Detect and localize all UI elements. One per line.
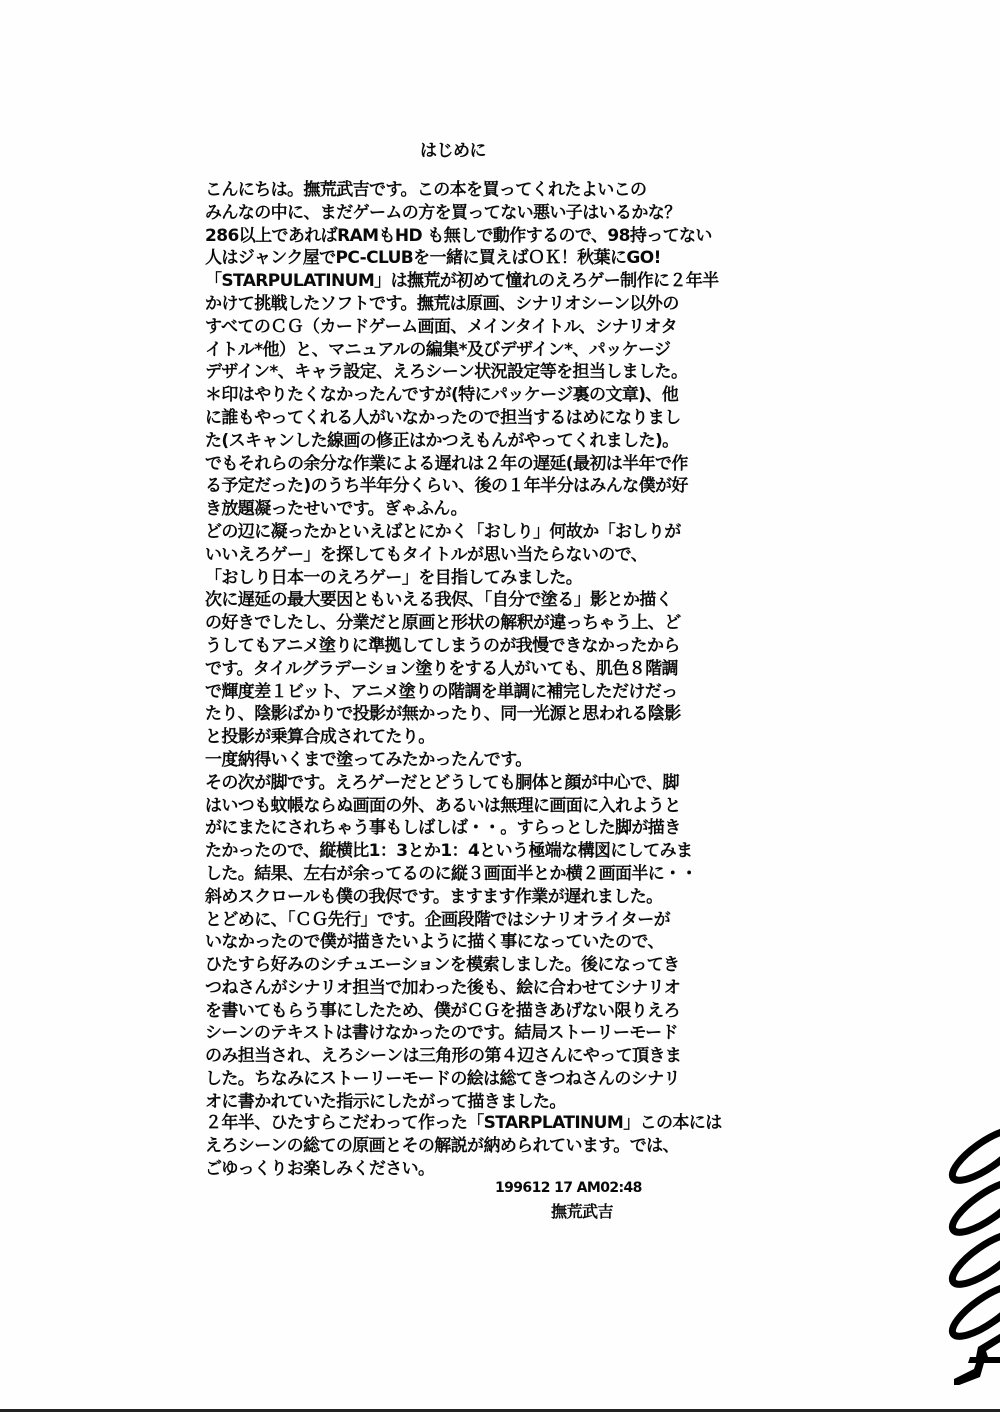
- body-line: とどめに、「ＣＧ先行」です。企画段階ではシナリオライターが: [205, 909, 725, 932]
- page-number-0004-icon: [948, 1125, 1000, 1385]
- body-line: 斜めスクロールも僕の我侭です。ますます作業が遅れました。: [205, 886, 725, 909]
- body-line: を書いてもらう事にしたため、僕がＣＧを描きあげない限りえろ: [205, 1000, 725, 1023]
- body-line: 次に遅延の最大要因ともいえる我侭、「自分で塗る」影とか描く: [205, 589, 725, 612]
- body-line: シーンのテキストは書けなかったのです。結局ストーリーモード: [205, 1022, 725, 1045]
- body-line: みんなの中に、まだゲームの方を買ってない悪い子はいるかな？: [205, 202, 725, 225]
- body-line: つねさんがシナリオ担当で加わった後も、絵に合わせてシナリオ: [205, 977, 725, 1000]
- body-line: た(スキャンした線画の修正はかつえもんがやってくれました)。: [205, 430, 725, 453]
- date-stamp: 199612 17 AM02:48: [495, 1180, 642, 1196]
- body-line: はいつも蚊帳ならぬ画面の外、あるいは無理に画面に入れようと: [205, 795, 725, 818]
- body-line: と投影が乗算合成されてたり。: [205, 726, 725, 749]
- author-signature: 撫荒武吉: [551, 1199, 613, 1222]
- body-line: る予定だった)のうち半年分くらい、後の１年半分はみんな僕が好: [205, 475, 725, 498]
- body-line: で輝度差１ビット、アニメ塗りの階調を単調に補完しただけだっ: [205, 681, 725, 704]
- body-line: いなかったので僕が描きたいように描く事になっていたので、: [205, 931, 725, 954]
- body-line: 286以上であればRAMもHD も無しで動作するので、98持ってない: [205, 225, 725, 248]
- body-line: の好きでしたし、分業だと原画と形状の解釈が違っちゃう上、ど: [205, 612, 725, 635]
- body-line: 人はジャンク屋でPC-CLUBを一緒に買えばＯＫ！秋葉にGO!: [205, 247, 725, 270]
- body-line: オに書かれていた指示にしたがって描きました。: [205, 1091, 725, 1114]
- body-line: がにまたにされちゃう事もしばしば・・。すらっとした脚が描き: [205, 817, 725, 840]
- closing-text: ２年半、ひたすらこだわって作った「STARPLATINUM」この本には えろシー…: [205, 1112, 725, 1180]
- closing-line: ごゆっくりお楽しみください。: [205, 1158, 725, 1181]
- body-line: でもそれらの余分な作業による遅れは２年の遅延(最初は半年で作: [205, 453, 725, 476]
- body-line: たかったので、縦横比1：3とか1：4という極端な構図にしてみま: [205, 840, 725, 863]
- body-line: いいえろゲー」を探してもタイトルが思い当たらないので、: [205, 544, 725, 567]
- body-line: した。ちなみにストーリーモードの絵は総てきつねさんのシナリ: [205, 1068, 725, 1091]
- closing-line: ２年半、ひたすらこだわって作った「STARPLATINUM」この本には: [205, 1112, 725, 1135]
- page-title: はじめに: [400, 136, 506, 161]
- body-line: こんにちは。撫荒武吉です。この本を買ってくれたよいこの: [205, 179, 725, 202]
- page-number-graphic: [948, 1125, 1000, 1385]
- body-line: 一度納得いくまで塗ってみたかったんです。: [205, 749, 725, 772]
- body-line: した。結果、左右が余ってるのに縦３画面半とか横２画面半に・・: [205, 863, 725, 886]
- body-line: たり、陰影ばかりで投影が無かったり、同一光源と思われる陰影: [205, 703, 725, 726]
- body-line: のみ担当され、えろシーンは三角形の第４辺さんにやって頂きま: [205, 1045, 725, 1068]
- body-text: こんにちは。撫荒武吉です。この本を買ってくれたよいこの みんなの中に、まだゲーム…: [205, 179, 725, 1114]
- body-line: かけて挑戦したソフトです。撫荒は原画、シナリオシーン以外の: [205, 293, 725, 316]
- body-line: うしてもアニメ塗りに準拠してしまうのが我慢できなかったから: [205, 635, 725, 658]
- document-page: はじめに こんにちは。撫荒武吉です。この本を買ってくれたよいこの みんなの中に、…: [0, 0, 1000, 1412]
- body-line: き放題凝ったせいです。ぎゃふん。: [205, 498, 725, 521]
- closing-line: えろシーンの総ての原画とその解説が納められています。では、: [205, 1135, 725, 1158]
- body-line: ひたすら好みのシチュエーションを模索しました。後になってき: [205, 954, 725, 977]
- body-line: デザイン*、キャラ設定、えろシーン状況設定等を担当しました。: [205, 361, 725, 384]
- body-line: 「STARPULATINUM」は撫荒が初めて憧れのえろゲー制作に２年半: [205, 270, 725, 293]
- body-line: 「おしり日本一のえろゲー」を目指してみました。: [205, 567, 725, 590]
- body-line: すべてのＣＧ（カードゲーム画面、メインタイトル、シナリオタ: [205, 316, 725, 339]
- body-line: に誰もやってくれる人がいなかったので担当するはめになりまし: [205, 407, 725, 430]
- body-line: その次が脚です。えろゲーだとどうしても胴体と顔が中心で、脚: [205, 772, 725, 795]
- body-line: です。タイルグラデーション塗りをする人がいても、肌色８階調: [205, 658, 725, 681]
- body-line: ＊印はやりたくなかったんですが(特にパッケージ裏の文章)、他: [205, 384, 725, 407]
- body-line: どの辺に凝ったかといえばとにかく「おしり」何故か「おしりが: [205, 521, 725, 544]
- body-line: イトル*他）と、マニュアルの編集*及びデザイン*、パッケージ: [205, 339, 725, 362]
